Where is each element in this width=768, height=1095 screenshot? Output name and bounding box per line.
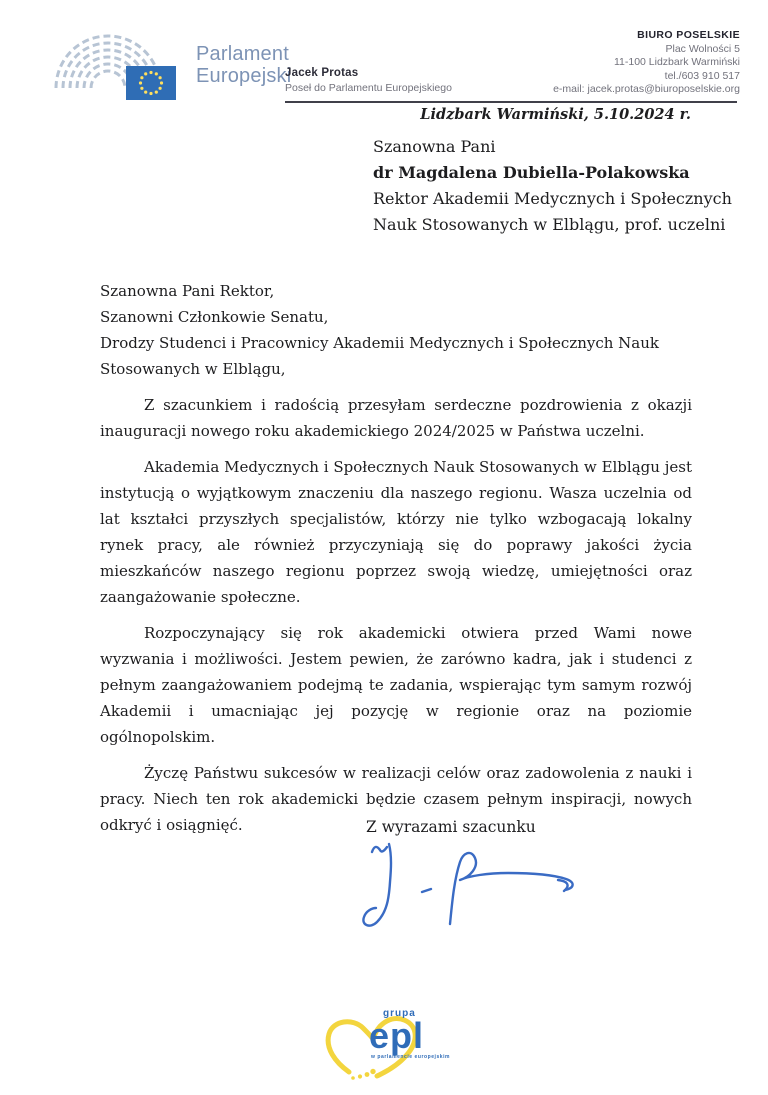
recipient-name: dr Magdalena Dubiella-Polakowska [373, 160, 732, 186]
salutation-block: Szanowna Pani Rektor, Szanowni Członkowi… [100, 278, 692, 382]
recipient-line: Nauk Stosowanych w Elblągu, prof. uczeln… [373, 212, 732, 238]
office-address-line: Plac Wolności 5 [553, 43, 740, 57]
sender-name: Jacek Protas [285, 67, 452, 79]
body-paragraph: Akademia Medycznych i Społecznych Nauk S… [100, 454, 692, 610]
sender-role: Poseł do Parlamentu Europejskiego [285, 82, 452, 94]
office-heading: BIURO POSELSKIE [553, 29, 740, 43]
recipient-line: Rektor Akademii Medycznych i Społecznych [373, 186, 732, 212]
epl-logo-wordmark: epl [369, 1019, 450, 1052]
closing-line: Z wyrazami szacunku [366, 818, 536, 836]
office-block: BIURO POSELSKIE Plac Wolności 5 11-100 L… [553, 29, 740, 97]
office-phone: tel./603 910 517 [553, 70, 740, 84]
signature-handwriting [344, 836, 594, 931]
salutation-line: Szanowna Pani Rektor, [100, 278, 692, 304]
body-paragraph: Rozpoczynający się rok akademicki otwier… [100, 620, 692, 750]
sender-block: Jacek Protas Poseł do Parlamentu Europej… [285, 67, 452, 94]
body-paragraph: Z szacunkiem i radością przesyłam serdec… [100, 392, 692, 444]
eu-flag-icon [126, 66, 176, 100]
letter-document: Parlament Europejski Jacek Protas Poseł … [0, 0, 768, 1095]
hemicycle-icon [42, 28, 188, 102]
header-divider [285, 101, 737, 103]
recipient-line: Szanowna Pani [373, 134, 732, 160]
ep-logo-wordmark-line2: Europejski [196, 65, 291, 87]
letter-body: Szanowna Pani Rektor, Szanowni Członkowi… [100, 278, 692, 838]
ep-logo-wordmark: Parlament Europejski [196, 43, 291, 88]
ep-logo-wordmark-line1: Parlament [196, 43, 291, 65]
office-email: e-mail: jacek.protas@biuroposelskie.org [553, 83, 740, 97]
epl-group-logo: grupa epl w parlamencie europejskim [317, 1008, 451, 1088]
salutation-line: Drodzy Studenci i Pracownicy Akademii Me… [100, 330, 692, 382]
office-address-line: 11-100 Lidzbark Warmiński [553, 56, 740, 70]
epl-logo-text: grupa epl w parlamencie europejskim [369, 1008, 450, 1060]
epl-logo-tagline: w parlamencie europejskim [371, 1054, 450, 1060]
salutation-line: Szanowni Członkowie Senatu, [100, 304, 692, 330]
recipient-block: Szanowna Pani dr Magdalena Dubiella-Pola… [373, 134, 732, 238]
dateline: Lidzbark Warmiński, 5.10.2024 r. [285, 106, 737, 123]
european-parliament-logo: Parlament Europejski [42, 28, 291, 102]
